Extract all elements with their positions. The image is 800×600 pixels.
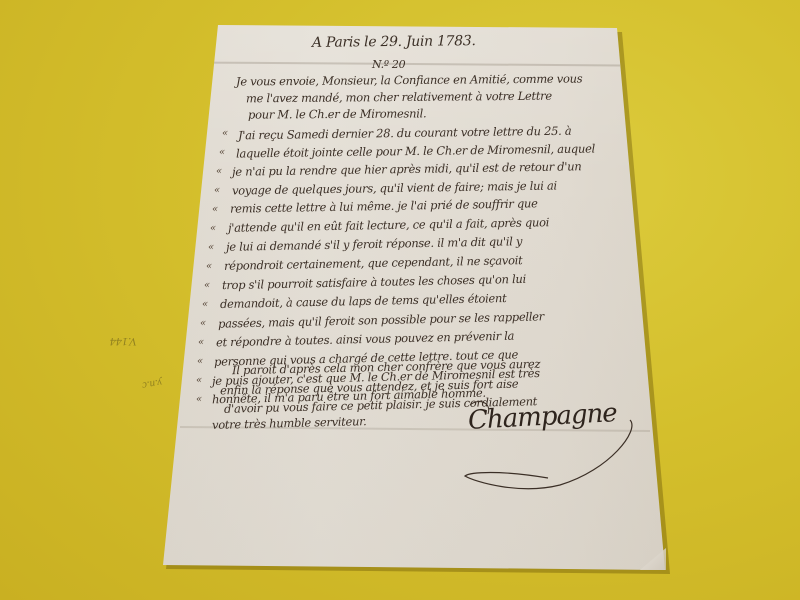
letter-reference-number: N.º 20 bbox=[372, 58, 405, 71]
margin-mark: « bbox=[206, 261, 212, 272]
margin-mark: « bbox=[208, 242, 214, 253]
margin-mark: « bbox=[202, 299, 208, 310]
margin-mark: « bbox=[196, 375, 202, 386]
margin-mark: « bbox=[212, 204, 218, 215]
photo-scene: V.144 y.n.c A Paris le 29. Juin 1783. N.… bbox=[0, 0, 800, 600]
margin-mark: « bbox=[214, 185, 220, 196]
margin-mark: « bbox=[197, 356, 203, 367]
margin-mark: « bbox=[216, 166, 222, 177]
margin-mark: « bbox=[200, 318, 206, 329]
letter-line: pour M. le Ch.er de Miromesnil. bbox=[248, 106, 426, 121]
margin-mark: « bbox=[222, 128, 228, 139]
margin-mark: « bbox=[204, 280, 210, 291]
margin-mark: « bbox=[196, 394, 202, 405]
letter-dateline: A Paris le 29. Juin 1783. bbox=[312, 33, 476, 51]
background-pencil-note: y.n.c bbox=[141, 376, 163, 391]
letter-line: me l'avez mandé, mon cher relativement à… bbox=[246, 89, 552, 106]
margin-mark: « bbox=[198, 337, 204, 348]
margin-mark: « bbox=[210, 223, 216, 234]
background-pencil-note: V.144 bbox=[110, 334, 137, 349]
margin-mark: « bbox=[219, 147, 225, 158]
